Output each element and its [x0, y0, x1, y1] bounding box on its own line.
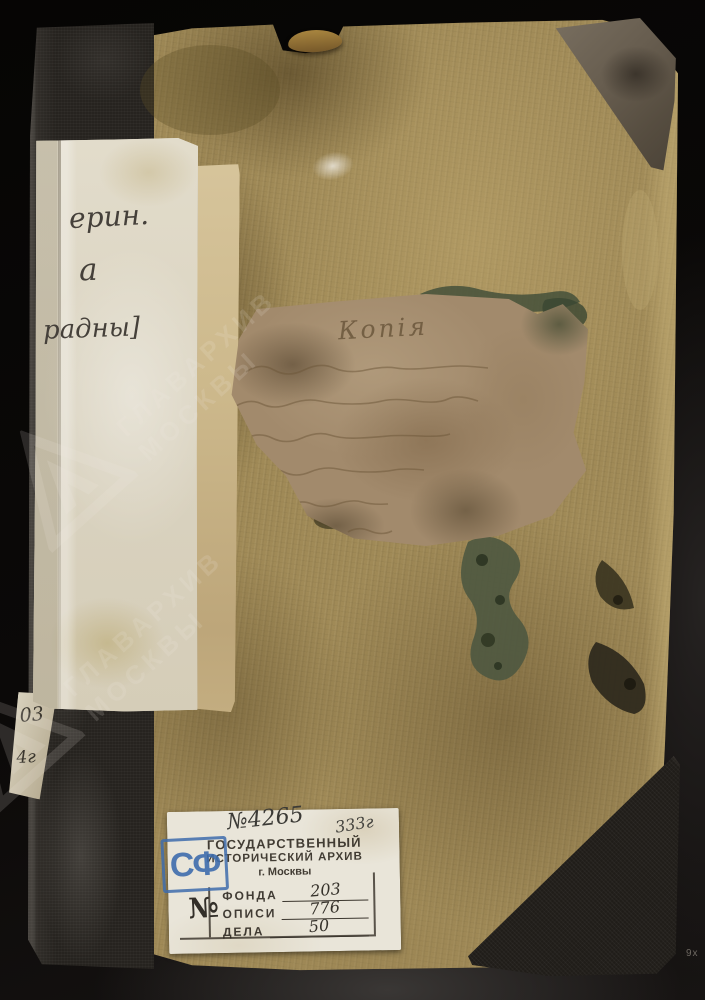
tan-paper-strip [193, 164, 240, 712]
handwritten-year: 333г [334, 812, 375, 837]
delo-label: ДЕЛА [223, 924, 265, 939]
number-sign: № [188, 891, 220, 926]
paper-fold-crease [58, 138, 61, 712]
archive-catalogue-label: №4265 333г ГОСУДАРСТВЕННЫЙ ИСТОРИЧЕСКИЙ … [167, 808, 401, 954]
archival-book-cover-photo: ерин. а радны] Копія №4265 333г ГОСУДАРС… [0, 0, 705, 1000]
spine-tag-number-bottom: 4г [16, 747, 36, 768]
delo-row: ДЕЛА 50 [223, 919, 369, 940]
white-paper-strip: ерин. а радны] [33, 138, 198, 712]
fond-label: ФОНДА [222, 888, 278, 903]
side-label-line-2: а [78, 252, 98, 289]
side-label-line-1: ерин. [68, 198, 149, 235]
delo-value: 50 [308, 916, 330, 937]
label-rule-right [373, 872, 376, 934]
side-label-line-3: радны] [43, 312, 141, 345]
sf-ink-stamp: СФ [160, 836, 229, 893]
spine-tag-number-top: 03 [19, 703, 45, 727]
scanner-edge-mark: 9х [686, 948, 699, 959]
